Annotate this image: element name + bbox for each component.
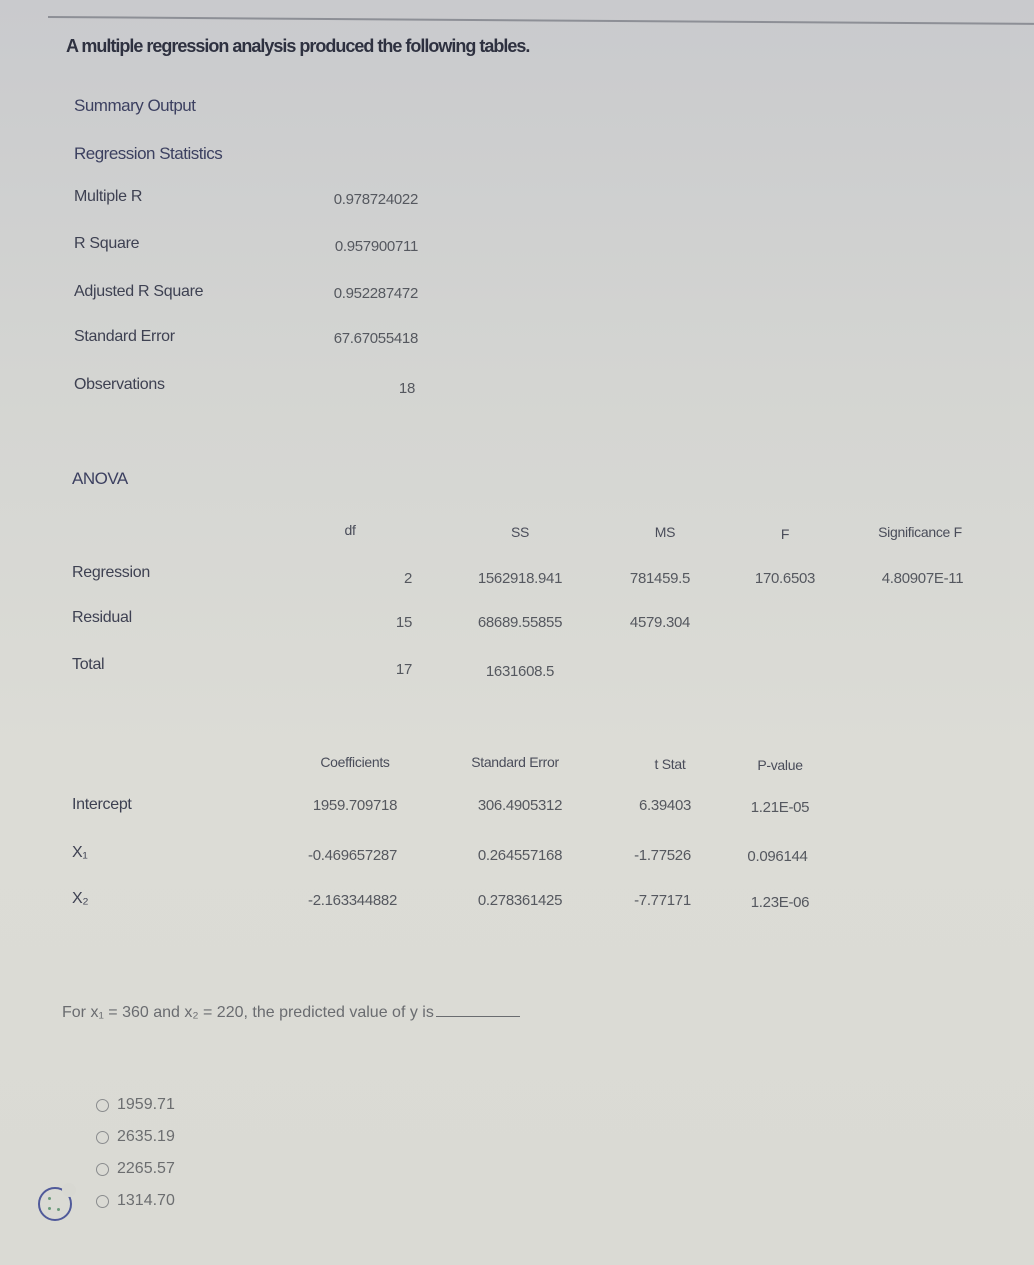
- stat-label: Observations: [74, 376, 165, 394]
- anova-df: 15: [360, 614, 412, 631]
- coef-p-value: 1.21E-05: [730, 799, 830, 816]
- option-label: 2265.57: [117, 1160, 175, 1178]
- coef-row-label: X₁: [72, 844, 87, 862]
- anova-ms: 781459.5: [605, 570, 715, 587]
- anova-df: 2: [360, 570, 412, 587]
- coef-t-stat: -7.77171: [610, 892, 715, 909]
- radio-button[interactable]: [96, 1195, 109, 1208]
- stat-label: R Square: [74, 235, 139, 253]
- anova-row-label: Residual: [72, 609, 132, 627]
- coef-header-coefficients: Coefficients: [290, 754, 420, 770]
- coef-value: 1959.709718: [285, 797, 425, 814]
- anova-ss: 1562918.941: [455, 570, 585, 587]
- answer-option[interactable]: 2635.19: [96, 1128, 175, 1146]
- stat-label: Adjusted R Square: [74, 283, 203, 301]
- anova-header-ms: MS: [620, 524, 710, 540]
- coef-row-label: X₂: [72, 890, 88, 908]
- coef-standard-error: 0.264557168: [450, 847, 590, 864]
- anova-ss: 68689.55855: [455, 614, 585, 631]
- anova-header-df: df: [320, 522, 380, 538]
- radio-button[interactable]: [96, 1131, 109, 1144]
- anova-title: ANOVA: [72, 469, 128, 489]
- coef-row-label: Intercept: [72, 796, 132, 814]
- stat-value: 0.978724022: [260, 191, 418, 208]
- coef-header-standard-error: Standard Error: [445, 754, 585, 770]
- coef-standard-error: 306.4905312: [450, 797, 590, 814]
- radio-button[interactable]: [96, 1099, 109, 1112]
- anova-ms: 4579.304: [605, 614, 715, 631]
- regression-statistics-title: Regression Statistics: [74, 144, 222, 164]
- answer-option[interactable]: 1959.71: [96, 1096, 175, 1114]
- answer-options: 1959.71 2635.19 2265.57 1314.70: [96, 1096, 175, 1210]
- anova-row-label: Total: [72, 656, 104, 674]
- anova-significance-f: 4.80907E-11: [855, 570, 990, 587]
- coef-t-stat: -1.77526: [610, 847, 715, 864]
- coef-header-t-stat: t Stat: [620, 756, 720, 772]
- coef-p-value: 1.23E-06: [730, 894, 830, 911]
- stat-value: 18: [260, 380, 415, 397]
- anova-row-label: Regression: [72, 564, 150, 582]
- option-label: 2635.19: [117, 1128, 175, 1146]
- coef-value: -2.163344882: [280, 892, 425, 909]
- anova-f: 170.6503: [735, 570, 835, 587]
- coef-value: -0.469657287: [280, 847, 425, 864]
- top-divider: [48, 16, 1034, 25]
- option-label: 1959.71: [117, 1096, 175, 1114]
- radio-button[interactable]: [96, 1163, 109, 1176]
- question-prompt: For x₁ = 360 and x₂ = 220, the predicted…: [62, 1004, 520, 1022]
- summary-title: Summary Output: [74, 96, 196, 116]
- option-label: 1314.70: [117, 1192, 175, 1210]
- stat-value: 0.957900711: [260, 238, 418, 255]
- anova-ss: 1631608.5: [455, 663, 585, 680]
- anova-df: 17: [360, 661, 412, 678]
- coef-p-value: 0.096144: [725, 848, 830, 865]
- answer-option[interactable]: 1314.70: [96, 1192, 175, 1210]
- question-text: For x₁ = 360 and x₂ = 220, the predicted…: [62, 1004, 434, 1021]
- anova-header-ss: SS: [470, 524, 570, 540]
- anova-header-significance-f: Significance F: [855, 524, 985, 540]
- anova-header-f: F: [750, 526, 820, 542]
- answer-option[interactable]: 2265.57: [96, 1160, 175, 1178]
- stat-value: 0.952287472: [260, 285, 418, 302]
- coef-standard-error: 0.278361425: [450, 892, 590, 909]
- stat-value: 67.67055418: [260, 330, 418, 347]
- answer-blank: [436, 1016, 520, 1017]
- coef-header-p-value: P-value: [730, 757, 830, 773]
- stat-label: Multiple R: [74, 188, 142, 206]
- coef-t-stat: 6.39403: [615, 797, 715, 814]
- cookie-icon[interactable]: [38, 1187, 72, 1221]
- stat-label: Standard Error: [74, 328, 175, 346]
- question-intro: A multiple regression analysis produced …: [66, 36, 529, 57]
